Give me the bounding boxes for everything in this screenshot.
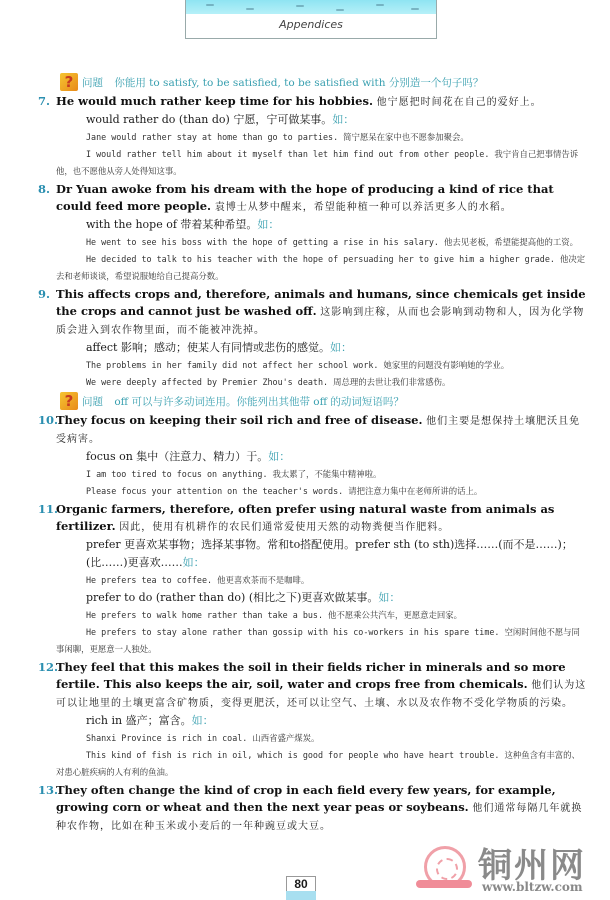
section-banner: Appendices bbox=[185, 0, 437, 39]
chinese-translation: 袁博士从梦中醒来，希望能种植一种可以养活更多人的水稻。 bbox=[215, 202, 512, 213]
item-sentence: They feel that this makes the soil in th… bbox=[56, 659, 588, 712]
note-item: 12.They feel that this makes the soil in… bbox=[38, 659, 588, 781]
item-number: 12. bbox=[38, 659, 56, 712]
item-sentence: This affects crops and, therefore, anima… bbox=[56, 286, 588, 339]
example-marker: 如： bbox=[268, 450, 290, 463]
note-item: 10.They focus on keeping their soil rich… bbox=[38, 412, 588, 500]
item-number: 7. bbox=[38, 93, 56, 111]
question-prompt: ? 问题 off 可以与许多动词连用。你能列出其他带 off 的动词短语吗？ bbox=[60, 391, 588, 411]
phrase-explanation: with the hope of 带着某种希望。如： bbox=[38, 216, 588, 234]
example-sentence: He prefers to stay alone rather than gos… bbox=[38, 624, 588, 658]
example-sentence: Jane would rather stay at home than go t… bbox=[38, 129, 588, 146]
phrase-explanation: would rather do (than do) 宁愿，宁可做某事。如： bbox=[38, 111, 588, 129]
note-item: 11.Organic farmers, therefore, often pre… bbox=[38, 501, 588, 658]
item-number: 13. bbox=[38, 782, 56, 835]
phrase-explanation: rich in 盛产；富含。如： bbox=[38, 712, 588, 730]
note-item: 9.This affects crops and, therefore, ani… bbox=[38, 286, 588, 391]
example-marker: 如： bbox=[192, 714, 214, 727]
item-sentence: He would much rather keep time for his h… bbox=[56, 93, 588, 111]
phrase-explanation: focus on 集中（注意力、精力）于。如： bbox=[38, 448, 588, 466]
english-sentence: They focus on keeping their soil rich an… bbox=[56, 413, 423, 427]
note-item: 13.They often change the kind of crop in… bbox=[38, 782, 588, 835]
item-number: 8. bbox=[38, 181, 56, 216]
item-sentence: They focus on keeping their soil rich an… bbox=[56, 412, 588, 448]
item-number: 11. bbox=[38, 501, 56, 536]
example-marker: 如： bbox=[183, 556, 205, 569]
question-mark-icon: ? bbox=[60, 392, 78, 410]
phrase-explanation: prefer to do (rather than do) (相比之下)更喜欢做… bbox=[38, 589, 588, 607]
example-marker: 如： bbox=[332, 113, 354, 126]
question-prompt: ? 问题 你能用 to satisfy, to be satisfied, to… bbox=[60, 72, 588, 92]
note-item: 7.He would much rather keep time for his… bbox=[38, 93, 588, 180]
item-number: 10. bbox=[38, 412, 56, 448]
section-title: Appendices bbox=[186, 14, 436, 36]
example-sentence: He decided to talk to his teacher with t… bbox=[38, 251, 588, 285]
note-item: 8.Dr Yuan awoke from his dream with the … bbox=[38, 181, 588, 285]
page-number: 80 bbox=[286, 876, 316, 892]
english-sentence: They feel that this makes the soil in th… bbox=[56, 660, 566, 691]
example-marker: 如： bbox=[330, 341, 352, 354]
example-marker: 如： bbox=[378, 591, 400, 604]
item-sentence: Dr Yuan awoke from his dream with the ho… bbox=[56, 181, 588, 216]
example-sentence: The problems in her family did not affec… bbox=[38, 357, 588, 374]
example-sentence: Please focus your attention on the teach… bbox=[38, 483, 588, 500]
example-sentence: I am too tired to focus on anything. 我太累… bbox=[38, 466, 588, 483]
watermark: 铜州网 www.bltzw.com bbox=[412, 840, 610, 900]
banner-illustration bbox=[186, 0, 436, 14]
phrase-explanation: prefer 更喜欢某事物；选择某事物。常和to搭配使用。prefer sth … bbox=[38, 536, 588, 572]
ribbon-icon bbox=[416, 880, 472, 888]
phrase-explanation: affect 影响；感动；使某人有同情或悲伤的感觉。如： bbox=[38, 339, 588, 357]
page-number-tab bbox=[286, 891, 316, 900]
example-sentence: I would rather tell him about it myself … bbox=[38, 146, 588, 180]
question-mark-icon: ? bbox=[60, 73, 78, 91]
example-sentence: He went to see his boss with the hope of… bbox=[38, 234, 588, 251]
example-sentence: He prefers to walk home rather than take… bbox=[38, 607, 588, 624]
item-number: 9. bbox=[38, 286, 56, 339]
watermark-url: www.bltzw.com bbox=[482, 880, 583, 894]
item-sentence: Organic farmers, therefore, often prefer… bbox=[56, 501, 588, 536]
example-sentence: This kind of fish is rich in oil, which … bbox=[38, 747, 588, 781]
chinese-translation: 因此，使用有机耕作的农民们通常爱使用天然的动物粪便当作肥料。 bbox=[119, 522, 449, 533]
item-sentence: They often change the kind of crop in ea… bbox=[56, 782, 588, 835]
example-sentence: He prefers tea to coffee. 他更喜欢茶而不是咖啡。 bbox=[38, 572, 588, 589]
chinese-translation: 他宁愿把时间花在自己的爱好上。 bbox=[377, 97, 542, 108]
english-sentence: He would much rather keep time for his h… bbox=[56, 94, 373, 108]
example-sentence: Shanxi Province is rich in coal. 山西省盛产煤炭… bbox=[38, 730, 588, 747]
page-content: ? 问题 你能用 to satisfy, to be satisfied, to… bbox=[38, 72, 588, 835]
example-marker: 如： bbox=[257, 218, 279, 231]
example-sentence: We were deeply affected by Premier Zhou'… bbox=[38, 374, 588, 391]
